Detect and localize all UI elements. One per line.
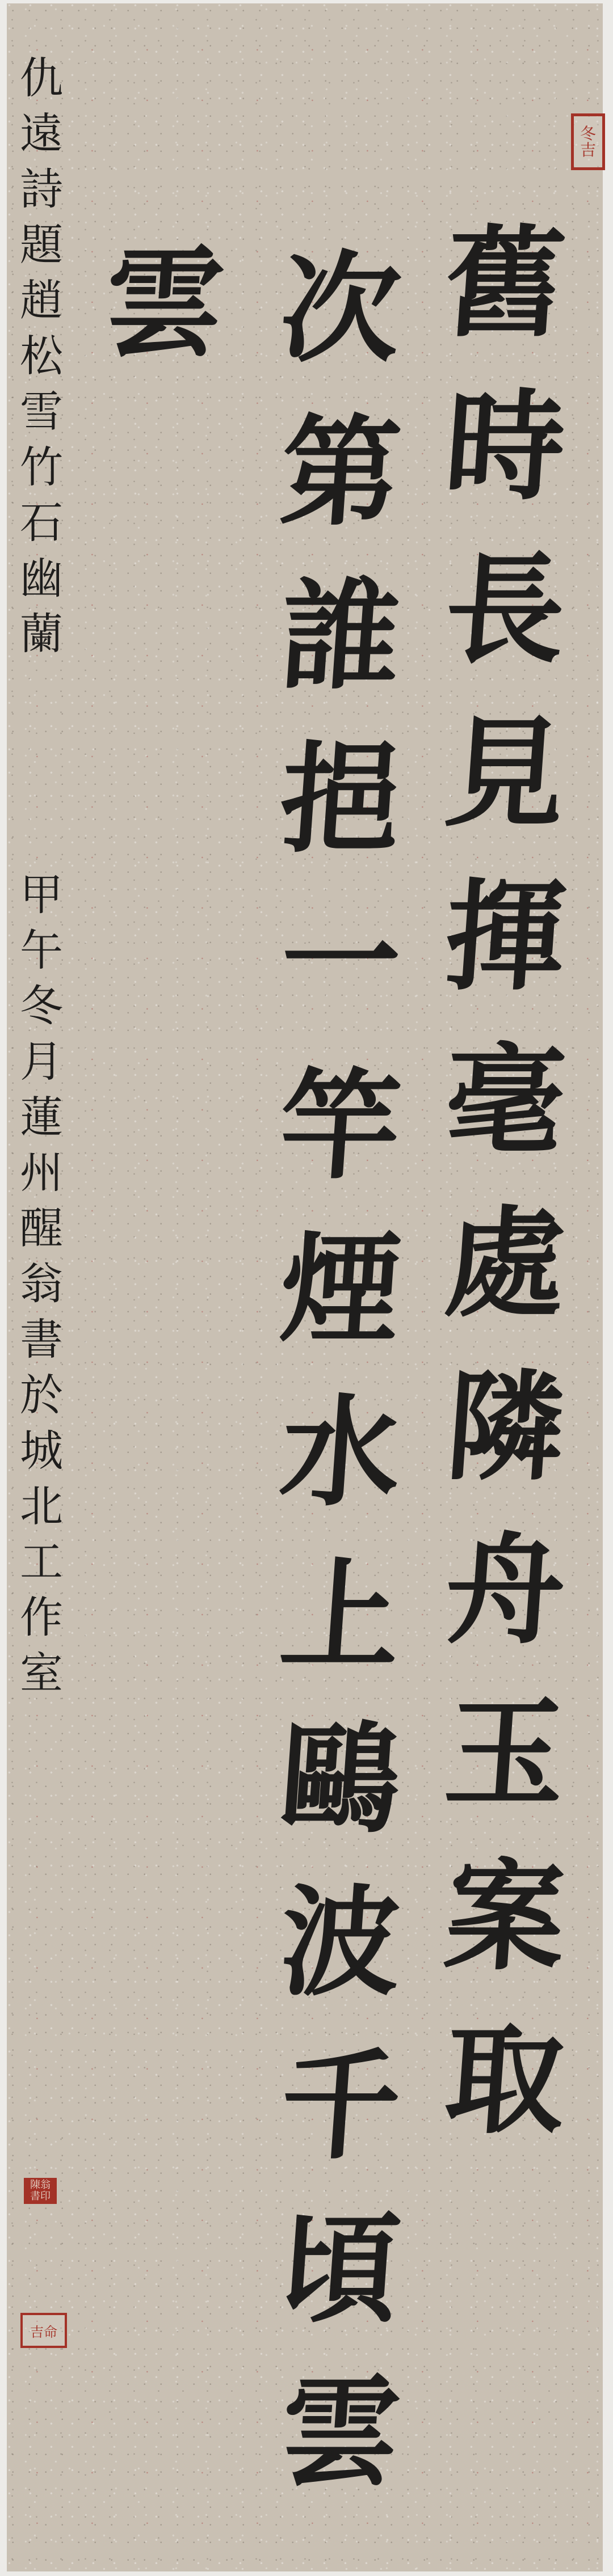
inscription-char: 北 [20,1485,63,1528]
inscription-line-title: 仇 遠 詩 題 趙 松 雪 竹 石 幽 蘭 [10,57,73,668]
main-char: 見 [442,714,569,833]
main-char: 雲 [101,244,229,363]
inscription-char: 州 [20,1151,63,1194]
main-char: 揮 [442,877,569,996]
inscription-char: 石 [20,501,63,544]
inscription-char: 工 [20,1540,63,1583]
main-char: 一 [277,903,405,1022]
artist-name-seal: 陳 翁 書 印 [24,2178,57,2204]
inscription-char: 幽 [20,557,63,600]
main-text-column-2: 次 第 誰 挹 一 竿 煙 水 上 鷗 波 千 頃 雲 [272,250,409,2536]
main-char: 千 [277,2046,405,2165]
artist-studio-seal: 吉 命 [20,2313,67,2348]
main-char: 長 [442,551,569,670]
inscription-char: 冬 [20,985,63,1028]
inscription-char: 蘭 [20,613,63,656]
main-text-column-3: 雲 [96,244,233,407]
inscription-char: 松 [20,335,63,378]
seal-char: 書 [30,2191,40,2202]
inscription-char: 竹 [20,446,63,489]
main-char: 次 [277,250,405,369]
main-char: 取 [442,2021,569,2140]
inscription-char: 仇 [20,57,63,100]
inscription-char: 書 [20,1318,63,1361]
inscription-char: 詩 [20,168,63,211]
inscription-char: 城 [20,1429,63,1472]
inscription-char: 甲 [20,873,63,917]
main-char: 煙 [277,1230,405,1349]
seal-char: 冬 [580,125,596,142]
main-char: 隣 [442,1367,569,1487]
leisure-seal-top: 冬 吉 [571,113,605,170]
main-char: 時 [442,387,569,506]
main-char: 頃 [277,2210,405,2329]
inscription-line-signature: 甲 午 冬 月 蓮 州 醒 翁 書 於 城 北 工 作 室 [10,873,73,1707]
seal-char: 翁 [40,2180,51,2190]
seal-char: 吉 [30,2321,44,2341]
seal-char: 吉 [580,142,596,158]
inscription-char: 遠 [20,112,63,155]
main-char: 玉 [442,1694,569,1813]
inscription-char: 題 [20,223,63,267]
main-char: 上 [277,1556,405,1675]
seal-char: 命 [44,2321,57,2341]
main-char: 誰 [277,576,405,695]
main-char: 鷗 [277,1720,405,1839]
seal-char: 陳 [30,2180,40,2190]
inscription-char: 月 [20,1040,63,1083]
main-char: 雲 [277,2373,405,2492]
inscription-char: 作 [20,1596,63,1639]
main-char: 毫 [442,1041,569,1160]
main-char: 舊 [442,224,569,343]
inscription-char: 午 [20,929,63,972]
inscription-char: 於 [20,1374,63,1417]
inscription-char: 室 [20,1652,63,1695]
main-char: 波 [277,1883,405,2002]
inscription-char: 翁 [20,1262,63,1306]
inscription-char: 蓮 [20,1096,63,1139]
main-char: 處 [442,1204,569,1323]
inscription-char: 趙 [20,279,63,322]
main-char: 舟 [442,1531,569,1650]
main-char: 挹 [277,740,405,859]
inscription-char: 醒 [20,1207,63,1250]
main-char: 第 [277,413,405,532]
seal-char: 印 [40,2191,51,2202]
main-char: 案 [442,1857,569,1977]
main-char: 水 [277,1393,405,1512]
main-text-column-1: 舊 時 長 見 揮 毫 處 隣 舟 玉 案 取 [437,224,573,2184]
main-char: 竿 [277,1066,405,1185]
inscription-char: 雪 [20,390,63,433]
